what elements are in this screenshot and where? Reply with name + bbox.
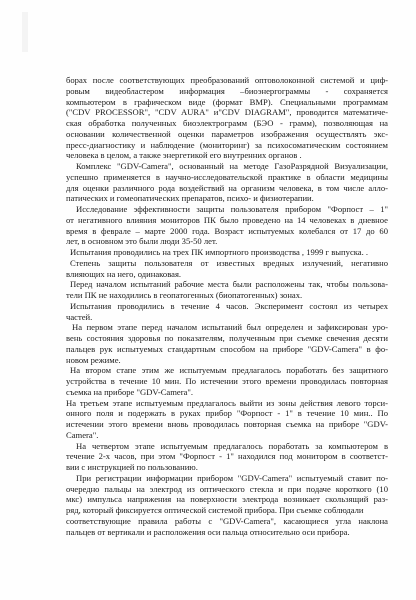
text-line: онного поля и подержать в руках прибор "… [66, 408, 388, 419]
text-line: борах после соответствующих преобразован… [66, 75, 388, 86]
text-line: ская обработка полученных биоэлектрограм… [66, 118, 388, 129]
text-line: компьютером в графическом виде (формат B… [66, 97, 388, 108]
text-line: Испытания проводились в течение 4 часов.… [66, 301, 388, 312]
paragraph-continuation: борах после соответствующих преобразован… [66, 75, 388, 161]
scan-artifact [22, 12, 28, 52]
text-line: При регистрации информации прибором "GDV… [66, 473, 388, 484]
text-line: человека в целом, а также энергетикой ег… [66, 150, 388, 161]
text-line: истечении этого времени вновь проводилас… [66, 419, 388, 430]
paragraph-test-duration: Испытания проводились в течение 4 часов.… [66, 301, 388, 323]
text-line: ("CDV PROCESSOR", "CDV AURA" и"CDV DIAGR… [66, 107, 388, 118]
text-line: время в феврале – марте 2000 года. Возра… [66, 226, 388, 237]
paragraph-stage-three: На третьем этапе испытуемым предлагалось… [66, 398, 388, 441]
text-line: На втором стапе этим же испытуемым предл… [66, 365, 388, 376]
paragraph-gdv-camera-intro: Комплекс "GDV-Camera", основанный на мет… [66, 161, 388, 204]
text-line: патических и гомеопатических препаратов,… [66, 193, 388, 204]
text-line: ровым видеобластером информация –биоэнер… [66, 86, 388, 97]
paragraph-registration-procedure: При регистрации информации прибором "GDV… [66, 473, 388, 538]
text-line: тели ПК не находились в геопатогенных (б… [66, 290, 388, 301]
text-line: успешно применяется в научно-исследовате… [66, 172, 388, 183]
paragraph-workplace-setup: Перед началом испытаний рабочие места бы… [66, 279, 388, 301]
text-line: лет, в основном это были люди 35-50 лет. [66, 236, 388, 247]
paragraph-protection-degree: Степень защиты пользователя от известных… [66, 258, 388, 280]
text-line: ряд, который фиксируется оптической сист… [66, 505, 388, 516]
paragraph-stage-four: На четвертом этапе испытуемым предлагало… [66, 441, 388, 473]
text-line: Испытания проводились на трех ПК импортн… [66, 247, 388, 258]
text-line: основании количественной оценки параметр… [66, 129, 388, 140]
text-line: соответствующие правила работы с "GDV-Ca… [66, 516, 388, 527]
paragraph-stage-two: На втором стапе этим же испытуемым предл… [66, 365, 388, 397]
text-line: Camera". [66, 430, 388, 441]
text-line: вень состояния здоровья по показателям, … [66, 333, 388, 344]
text-line: На первом этапе перед началом испытаний … [66, 322, 388, 333]
text-line: Исследование эффективности защиты пользо… [66, 204, 388, 215]
text-line: Перед началом испытаний рабочие места бы… [66, 279, 388, 290]
paragraph-study-description: Исследование эффективности защиты пользо… [66, 204, 388, 247]
text-line: для оценки различного рода воздействий н… [66, 183, 388, 194]
text-line: съемка на приборе "GDV-Camera". [66, 387, 388, 398]
scanned-page: борах после соответствующих преобразован… [0, 0, 416, 600]
text-line: вии с инструкцией по пользованию. [66, 462, 388, 473]
text-line: На третьем этапе испытуемым предлагалось… [66, 398, 388, 409]
paragraph-stage-one: На первом этапе перед началом испытаний … [66, 322, 388, 365]
text-line: На четвертом этапе испытуемым предлагало… [66, 441, 388, 452]
text-line: пальцев от вертикали и расположения оси … [66, 527, 388, 538]
text-line: пальцев рук испытуемых стандартным спосо… [66, 344, 388, 355]
text-line: от негативного влияния мониторов ПК было… [66, 215, 388, 226]
text-line: Комплекс "GDV-Camera", основанный на мет… [66, 161, 388, 172]
text-line: частей. [66, 312, 388, 323]
text-line: очередно пальцы на электрод из оптическо… [66, 484, 388, 495]
text-line: Степень защиты пользователя от известных… [66, 258, 388, 269]
document-body: борах после соответствующих преобразован… [66, 75, 388, 537]
text-line: устройства в течение 10 мин. По истечени… [66, 376, 388, 387]
text-line: течение 2-х часов, при этом "Форпост - 1… [66, 451, 388, 462]
text-line: новом режиме. [66, 355, 388, 366]
paragraph-test-pcs: Испытания проводились на трех ПК импортн… [66, 247, 388, 258]
text-line: влияющих на него, одинаковая. [66, 269, 388, 280]
text-line: пресс-диагностику и наблюдение (монитори… [66, 140, 388, 151]
text-line: мкс) импульса напряжения на поверхности … [66, 494, 388, 505]
